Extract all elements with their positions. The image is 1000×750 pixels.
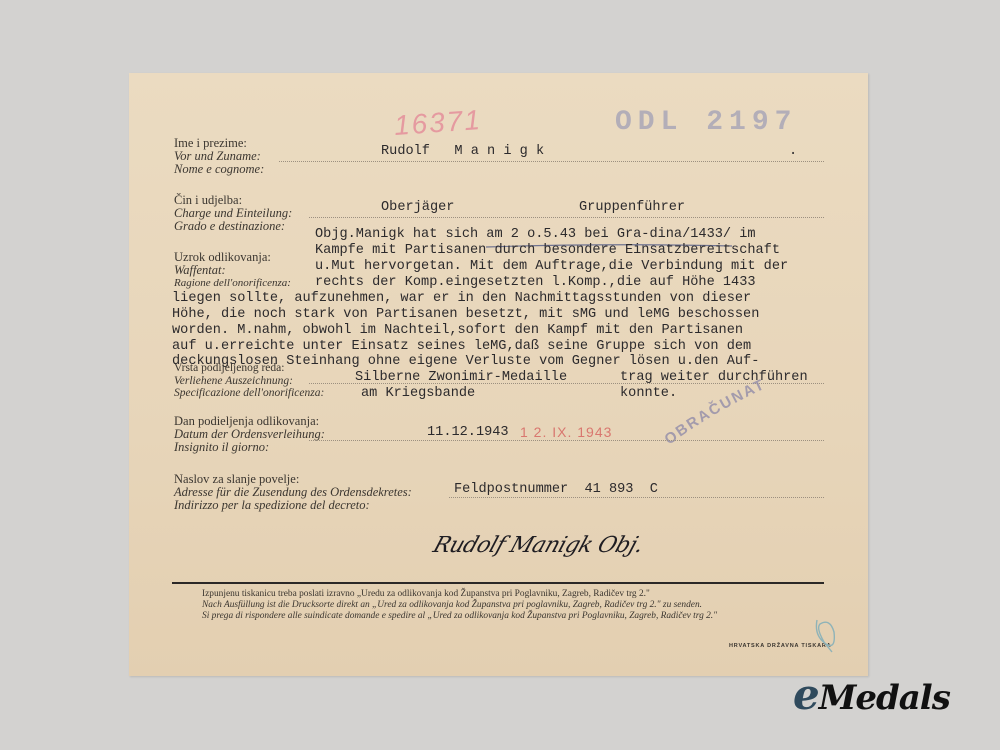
received-date-stamp: 1 2. IX. 1943 — [520, 424, 612, 440]
name-dotted-line — [279, 161, 824, 162]
signature: Rudolf Manigk Obj. — [430, 533, 647, 558]
award-label: Vrsta podijeljenog reda: Verliehene Ausz… — [174, 362, 324, 400]
signature-rule — [172, 582, 824, 584]
svg-text:OBRAČUNAT: OBRAČUNAT — [661, 376, 768, 449]
footer-instructions: Izpunjenu tiskanicu treba poslati izravn… — [202, 589, 717, 622]
position-value: Gruppenführer — [579, 200, 685, 216]
name-label: Ime i prezime: Vor und Zuname: Nome e co… — [174, 137, 264, 176]
footer-it: Si prega di rispondere alle suindicate d… — [202, 611, 717, 622]
registry-stamp-number: ODL 2197 — [615, 107, 797, 138]
date-value: 11.12.1943 — [427, 425, 509, 441]
label-it: Nome e cognome: — [174, 163, 264, 176]
address-label: Naslov za slanje povelje: Adresse für di… — [174, 473, 412, 512]
reason-label: Uzrok odlikovanja: Waffentat: Ragione de… — [174, 251, 291, 290]
label-de: Verliehene Auszeichnung: — [174, 375, 324, 388]
footer-hr: Izpunjenu tiskanicu treba poslati izravn… — [202, 589, 717, 600]
footer-de: Nach Ausfüllung ist die Drucksorte direk… — [202, 600, 717, 611]
award-value-line-2: am Kriegsbande — [361, 386, 475, 402]
obracunat-stamp: OBRAČUNAT — [659, 353, 839, 453]
name-value: Rudolf M a n i g k — [381, 144, 544, 160]
label-it: Ragione dell'onorificenza: — [174, 277, 291, 290]
label-it: Indirizzo per la spedizione del decreto: — [174, 499, 412, 512]
blue-check-mark — [812, 614, 840, 654]
label-it: Insignito il giorno: — [174, 441, 325, 454]
reason-line-2: Kampfe mit Partisanen durch besondere Ei… — [315, 243, 780, 259]
logo-name: Medals — [819, 678, 950, 718]
logo-prefix: e — [793, 670, 819, 719]
label-hr: Vrsta podijeljenog reda: — [174, 362, 324, 375]
rank-value: Oberjäger — [381, 200, 454, 216]
rank-dotted-line — [309, 217, 824, 218]
reason-line-1: Objg.Manigk hat sich am 2 o.5.43 bei Gra… — [315, 227, 756, 243]
name-trailing-dot: . — [789, 144, 797, 160]
reason-line-7: worden. M.nahm, obwohl im Nachteil,sofor… — [172, 323, 743, 339]
label-it: Specificazione dell'onorificenza: — [174, 387, 324, 400]
rank-label: Čin i udjelba: Charge und Einteilung: Gr… — [174, 194, 292, 233]
date-label: Dan podieljenja odlikovanja: Datum der O… — [174, 415, 325, 454]
reason-line-6: Höhe, die noch stark von Partisanen bese… — [172, 307, 759, 323]
reason-line-4: rechts der Komp.eingesetzten l.Komp.,die… — [315, 275, 756, 291]
address-value: Feldpostnummer 41 893 C — [454, 482, 658, 498]
date-dotted-line — [309, 440, 824, 441]
red-handwritten-number: 16371 — [393, 104, 483, 142]
reason-line-3: u.Mut hervorgetan. Mit dem Auftrage,die … — [315, 259, 788, 275]
label-it: Grado e destinazione: — [174, 220, 292, 233]
emedals-logo: eMedals — [793, 676, 950, 717]
stamp-text: OBRAČUNAT — [661, 376, 768, 449]
reason-line-5: liegen sollte, aufzunehmen, war er in de… — [172, 291, 751, 307]
document-sheet: 16371 ODL 2197 Ime i prezime: Vor und Zu… — [129, 73, 868, 676]
award-value-line-1: Silberne Zwonimir-Medaille — [355, 370, 567, 386]
label-de: Waffentat: — [174, 264, 291, 277]
